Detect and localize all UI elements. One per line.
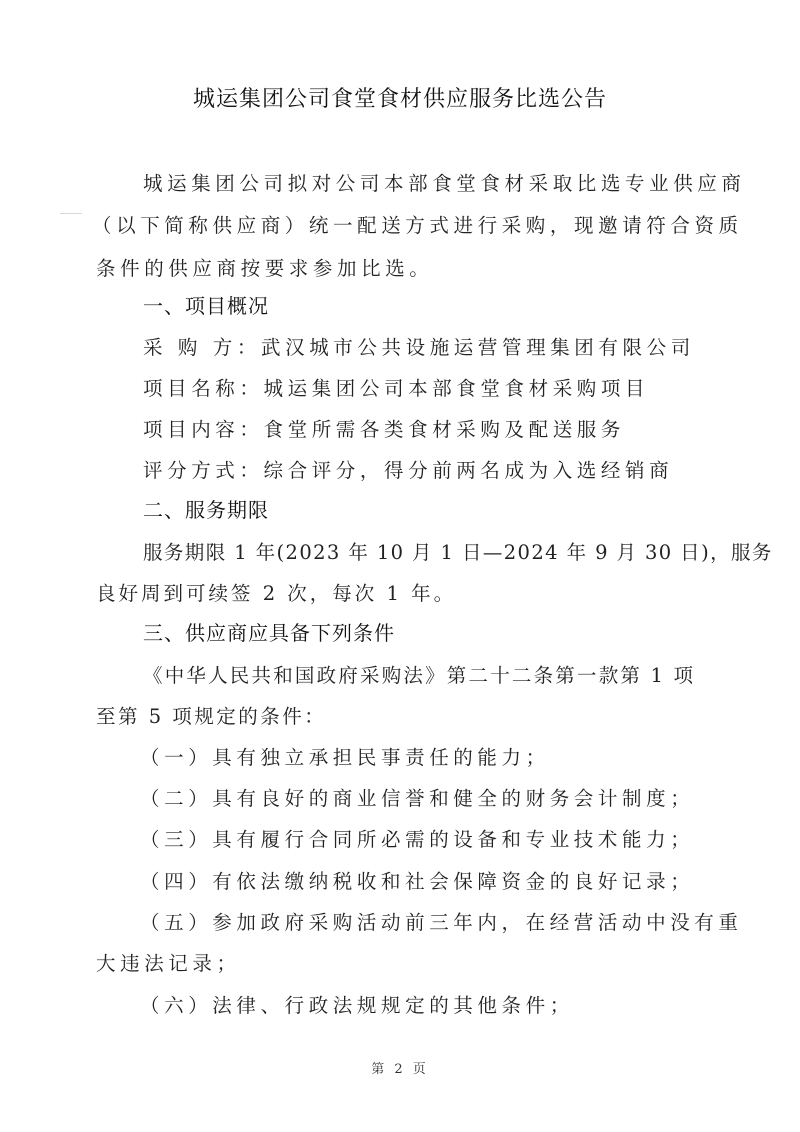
project-purchaser: 采 购 方：武汉城市公共设施运营管理集团有限公司 [143, 332, 695, 360]
service-period-line-1: 服务期限 1 年(2023 年 10 月 1 日—2024 年 9 月 30 日… [143, 537, 773, 565]
law-reference-line-1: 《中华人民共和国政府采购法》第二十二条第一款第 1 项 [143, 660, 695, 688]
scoring-method: 评分方式：综合评分，得分前两名成为入选经销商 [143, 455, 673, 483]
intro-line-2: （以下简称供应商）统一配送方式进行采购，现邀请符合资质 [92, 210, 743, 238]
law-reference-line-2: 至第 5 项规定的条件： [96, 701, 326, 729]
condition-6: （六）法律、行政法规规定的其他条件； [140, 990, 574, 1018]
intro-line-3: 条件的供应商按要求参加比选。 [96, 253, 433, 281]
condition-1: （一）具有独立承担民事责任的能力； [140, 742, 550, 770]
section-2-heading: 二、服务期限 [143, 494, 269, 523]
page-number: 第 2 页 [0, 1058, 800, 1077]
section-3-heading: 三、供应商应具备下列条件 [143, 617, 395, 646]
section-1-heading: 一、项目概况 [143, 290, 269, 319]
project-content: 项目内容：食堂所需各类食材采购及配送服务 [143, 414, 625, 442]
condition-5-line-2: 大违法记录； [96, 948, 241, 976]
service-period-line-2: 良好周到可续签 2 次，每次 1 年。 [96, 578, 456, 606]
document-title: 城运集团公司食堂食材供应服务比选公告 [0, 82, 800, 113]
intro-line-1: 城运集团公司拟对公司本部食堂食材采取比选专业供应商 [143, 168, 746, 196]
condition-3: （三）具有履行合同所必需的设备和专业技术能力； [140, 824, 694, 852]
project-name: 项目名称：城运集团公司本部食堂食材采购项目 [143, 373, 649, 401]
condition-5-line-1: （五）参加政府采购活动前三年内，在经营活动中没有重 [140, 907, 743, 935]
condition-4: （四）有依法缴纳税收和社会保障资金的良好记录； [140, 866, 694, 894]
scan-artifact [60, 213, 82, 214]
condition-2: （二）具有良好的商业信誉和健全的财务会计制度； [140, 783, 694, 811]
